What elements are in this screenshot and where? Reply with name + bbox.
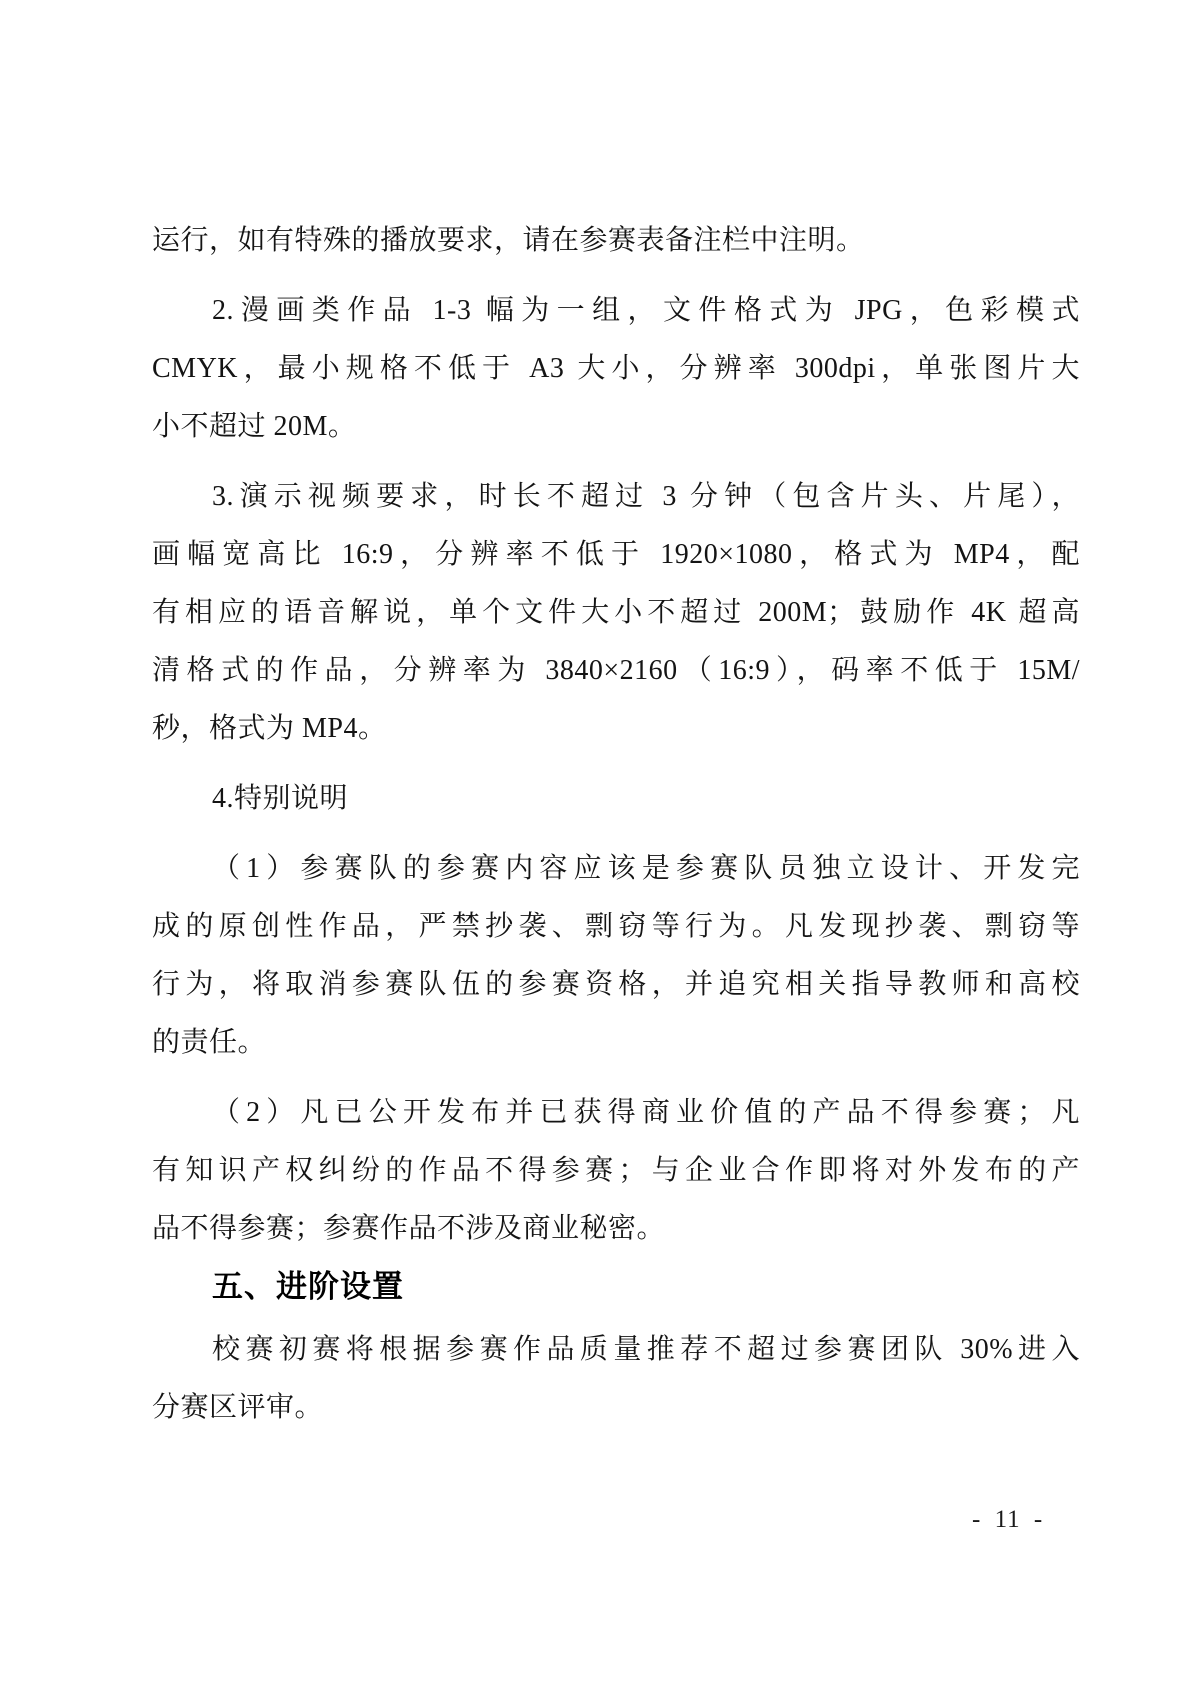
- text-line: 分赛区评审。: [152, 1379, 1080, 1437]
- text-line: 行为，将取消参赛队伍的参赛资格，并追究相关指导教师和高校: [152, 956, 1080, 1014]
- paragraph-item-3: 3.演示视频要求，时长不超过 3 分钟（包含片头、片尾）， 画幅宽高比 16:9…: [152, 468, 1080, 758]
- text-line: 2.漫画类作品 1-3 幅为一组，文件格式为 JPG，色彩模式: [152, 282, 1080, 340]
- paragraph-item-4: 4.特别说明: [152, 770, 1080, 828]
- text-line: 3.演示视频要求，时长不超过 3 分钟（包含片头、片尾），: [152, 468, 1080, 526]
- text-line: 品不得参赛；参赛作品不涉及商业秘密。: [152, 1200, 1080, 1258]
- text-line: 4.特别说明: [152, 770, 1080, 828]
- text-line: 小不超过 20M。: [152, 398, 1080, 456]
- text-line: 画幅宽高比 16:9，分辨率不低于 1920×1080，格式为 MP4，配: [152, 526, 1080, 584]
- paragraph-sub-item-1: （1）参赛队的参赛内容应该是参赛队员独立设计、开发完 成的原创性作品，严禁抄袭、…: [152, 840, 1080, 1072]
- paragraph-sub-item-2: （2）凡已公开发布并已获得商业价值的产品不得参赛；凡 有知识产权纠纷的作品不得参…: [152, 1084, 1080, 1258]
- page-number: - 11 -: [972, 1500, 1043, 1540]
- text-line: 校赛初赛将根据参赛作品质量推荐不超过参赛团队 30%进入: [152, 1321, 1080, 1379]
- text-line: 成的原创性作品，严禁抄袭、剽窃等行为。凡发现抄袭、剽窃等: [152, 898, 1080, 956]
- document-content: 运行，如有特殊的播放要求，请在参赛表备注栏中注明。 2.漫画类作品 1-3 幅为…: [152, 212, 1080, 1437]
- text-line: 清格式的作品，分辨率为 3840×2160（16:9），码率不低于 15M/: [152, 642, 1080, 700]
- text-line: （1）参赛队的参赛内容应该是参赛队员独立设计、开发完: [152, 840, 1080, 898]
- text-line: 的责任。: [152, 1014, 1080, 1072]
- paragraph-item-2: 2.漫画类作品 1-3 幅为一组，文件格式为 JPG，色彩模式 CMYK，最小规…: [152, 282, 1080, 456]
- text-line: 秒，格式为 MP4。: [152, 700, 1080, 758]
- text-line: （2）凡已公开发布并已获得商业价值的产品不得参赛；凡: [152, 1084, 1080, 1142]
- paragraph-continuation: 运行，如有特殊的播放要求，请在参赛表备注栏中注明。: [152, 212, 1080, 270]
- text-line: CMYK，最小规格不低于 A3 大小，分辨率 300dpi，单张图片大: [152, 340, 1080, 398]
- section-heading: 五、进阶设置: [212, 1258, 1080, 1316]
- document-page: 运行，如有特殊的播放要求，请在参赛表备注栏中注明。 2.漫画类作品 1-3 幅为…: [0, 0, 1191, 1684]
- text-line: 有相应的语音解说，单个文件大小不超过 200M；鼓励作 4K 超高: [152, 584, 1080, 642]
- paragraph-closing: 校赛初赛将根据参赛作品质量推荐不超过参赛团队 30%进入 分赛区评审。: [152, 1321, 1080, 1437]
- text-line: 运行，如有特殊的播放要求，请在参赛表备注栏中注明。: [152, 212, 1080, 270]
- text-line: 有知识产权纠纷的作品不得参赛；与企业合作即将对外发布的产: [152, 1142, 1080, 1200]
